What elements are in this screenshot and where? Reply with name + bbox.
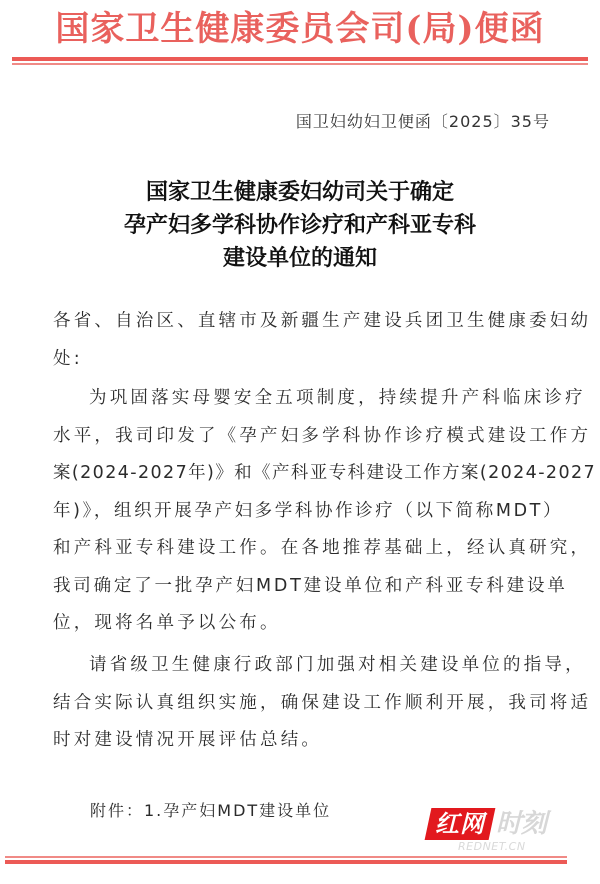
watermark-grey-text: 时刻 (496, 808, 546, 840)
watermark-domain: REDNET.CN (458, 840, 526, 853)
document-title: 国家卫生健康委妇幼司关于确定 孕产妇多学科协作诊疗和产科亚专科 建设单位的通知 (0, 176, 600, 275)
paragraph-line: 请省级卫生健康行政部门加强对相关建设单位的指导， (53, 647, 558, 685)
paragraph-line: 水平，我司印发了《孕产妇多学科协作诊疗模式建设工作方 (53, 418, 558, 456)
paragraph-2: 请省级卫生健康行政部门加强对相关建设单位的指导， 结合实际认真组织实施，确保建设… (53, 647, 558, 760)
title-line: 国家卫生健康委妇幼司关于确定 (0, 176, 600, 209)
paragraph-line: 和产科亚专科建设工作。在各地推荐基础上，经认真研究， (53, 530, 558, 568)
addressee-line: 处: (53, 341, 558, 379)
paragraph-line: 时对建设情况开展评估总结。 (53, 722, 558, 760)
paragraph-line: 为巩固落实母婴安全五项制度，持续提升产科临床诊疗 (53, 380, 558, 418)
paragraph-line: 年)》，组织开展孕产妇多学科协作诊疗（以下简称MDT） (53, 493, 558, 531)
document-number: 国卫妇幼妇卫便函〔2025〕35号 (296, 109, 550, 132)
letterhead-title: 国家卫生健康委员会司(局)便函 (0, 8, 600, 50)
letterhead-rule-thin (12, 63, 588, 65)
paragraph-line: 我司确定了一批孕产妇MDT建设单位和产科亚专科建设单 (53, 568, 558, 606)
letterhead-rule-thick (12, 57, 588, 61)
addressee-line: 各省、自治区、直辖市及新疆生产建设兵团卫生健康委妇幼 (53, 303, 558, 341)
footer-rule-thick (5, 860, 567, 864)
rednet-watermark: 红网 时刻 REDNET.CN (428, 808, 578, 856)
paragraph-1: 为巩固落实母婴安全五项制度，持续提升产科临床诊疗 水平，我司印发了《孕产妇多学科… (53, 380, 558, 643)
footer-rule-thin (5, 856, 567, 858)
title-line: 孕产妇多学科协作诊疗和产科亚专科 (0, 209, 600, 242)
addressee: 各省、自治区、直辖市及新疆生产建设兵团卫生健康委妇幼 处: (53, 303, 558, 378)
paragraph-line: 案(2024-2027年)》和《产科亚专科建设工作方案(2024-2027 (53, 455, 558, 493)
paragraph-line: 结合实际认真组织实施，确保建设工作顺利开展，我司将适 (53, 685, 558, 723)
watermark-logo-red: 红网 (425, 808, 496, 840)
watermark-red-text: 红网 (428, 808, 492, 840)
paragraph-line: 位，现将名单予以公布。 (53, 605, 558, 643)
attachment-label: 附件：1.孕产妇MDT建设单位 (90, 798, 331, 821)
title-line: 建设单位的通知 (0, 242, 600, 275)
